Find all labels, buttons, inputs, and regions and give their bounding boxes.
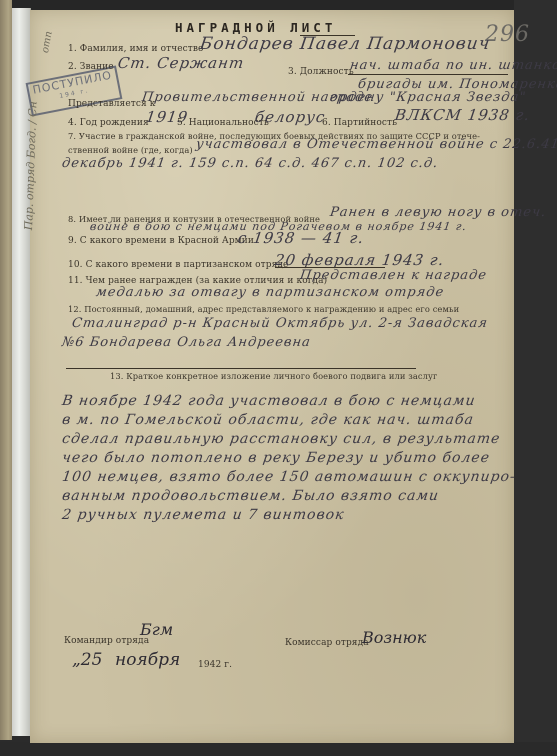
archive-page-number: 296 [485, 22, 530, 47]
field-9-value: с 1938 — 41 г. [237, 229, 366, 247]
field-12-value-line2: №6 Бондарева Ольга Андреевна [61, 335, 312, 350]
narrative-line: ванным продовольствием. Было взято сами [61, 488, 514, 507]
narrative-line: 100 немцев, взято более 150 автомашин с … [61, 469, 514, 488]
field-6-value: ВЛКСМ 1938 г. [394, 106, 532, 124]
commander-signature: Бгм [140, 620, 173, 639]
field-9-label: 9. С какого времени в Красной Армии [68, 236, 254, 246]
field-2-value: Ст. Сержант [117, 54, 246, 72]
date-month: ноября [115, 650, 180, 670]
field-3-label: 3. Должность [288, 67, 354, 77]
field-3-value: нач. штаба по ин. штанковой [349, 58, 557, 73]
field-13-label: 13. Краткое конкретное изложение личного… [110, 371, 437, 381]
field-11-value: Представлен к награде [299, 268, 488, 283]
date-year: 1942 г. [198, 660, 232, 670]
narrative-line: В ноябре 1942 года участвовал в бою с не… [61, 393, 514, 412]
field-10-label: 10. С какого времени в партизанском отря… [68, 260, 288, 270]
field-7-value: участвовал в Отечественной войне с 22.6.… [195, 137, 557, 152]
field-7-label-line2: ственной войне (где, когда) [68, 145, 193, 155]
commander-label: Командир отряда [64, 636, 149, 646]
field-7-value-line2: декабрь 1941 г. 159 с.п. 64 с.д. 467 с.п… [61, 156, 439, 171]
commissar-signature: Вознюк [362, 628, 426, 647]
adjacent-page-edge [0, 0, 12, 740]
narrative-line: в м. по Гомельской области, где как нач.… [61, 412, 514, 431]
feat-description: В ноябре 1942 года участвовал в бою с не… [62, 393, 512, 526]
narrative-line: сделал правильную расстановку сил, в рез… [61, 431, 514, 450]
field-2-label: 2. Звание [68, 62, 114, 72]
date-day: „25 [72, 650, 102, 670]
commissar-label: Комиссар отряда [285, 638, 369, 648]
nomination-order: ордену "Красная Звезда" [329, 90, 527, 105]
narrative-line: чего было потоплено в реку Березу и убит… [61, 450, 514, 469]
scan-bottom-border [0, 742, 557, 756]
field-12-value: Сталинград р-н Красный Октябрь ул. 2-я З… [71, 316, 489, 331]
field-5-value: белорус [254, 108, 327, 126]
section-divider [66, 368, 416, 369]
field-3-underline [348, 74, 508, 75]
field-1-value: Бондарев Павел Пармонович [199, 34, 492, 54]
field-6-label: 6. Партийность [322, 118, 397, 128]
field-1-label: 1. Фамилия, имя и отчество [68, 44, 204, 54]
field-12-label: 12. Постоянный, домашний, адрес представ… [68, 304, 459, 314]
document-title: НАГРАДНОЙ ЛИСТ [175, 20, 336, 35]
field-11-value-line2: медалью за отвагу в партизанском отряде [95, 285, 445, 300]
field-8-value: Ранен в левую ногу в отеч. [329, 205, 547, 220]
field-4-label: 4. Год рождения [68, 118, 149, 128]
narrative-line: 2 ручных пулемета и 7 винтовок [61, 507, 514, 526]
